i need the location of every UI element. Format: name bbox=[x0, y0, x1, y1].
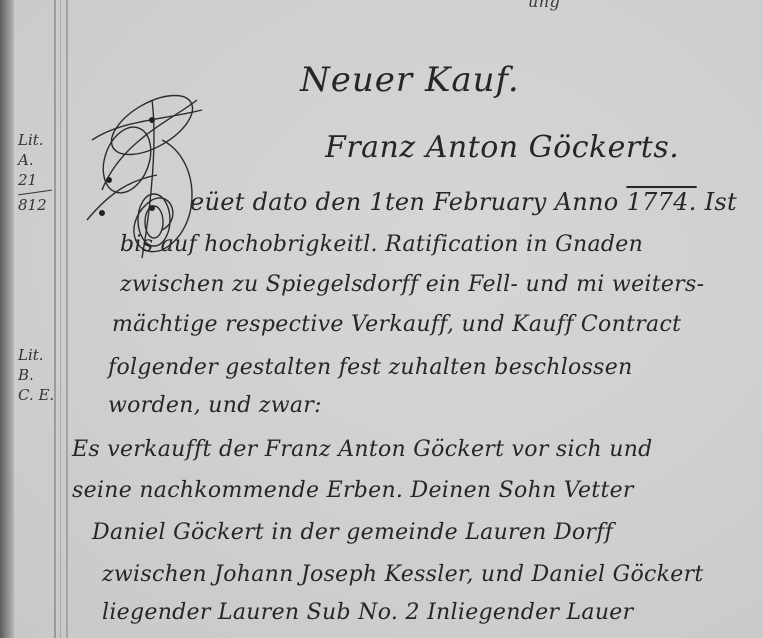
body-line: liegender Lauren Sub No. 2 Inliegender L… bbox=[102, 600, 633, 625]
body-line: zwischen Johann Joseph Kessler, und Dani… bbox=[102, 562, 704, 587]
body-line: seine nachkommende Erben. Deinen Sohn Ve… bbox=[72, 478, 634, 503]
page-subtitle: Franz Anton Göckerts. bbox=[325, 130, 679, 165]
margin-rule bbox=[60, 0, 61, 638]
body-line: zwischen zu Spiegelsdorff ein Fell- und … bbox=[120, 272, 704, 297]
page-title: Neuer Kauf. bbox=[300, 60, 520, 100]
body-line: mächtige respective Verkauff, und Kauff … bbox=[112, 312, 681, 337]
margin-rule bbox=[66, 0, 68, 638]
top-page-mark: ung bbox=[528, 0, 560, 11]
margin-note-line: 21 bbox=[18, 170, 52, 190]
body-line: eüet dato den 1ten February Anno 1774. I… bbox=[190, 188, 737, 216]
margin-note-line: Lit. bbox=[18, 345, 54, 365]
manuscript-page: ung Neuer Kauf. Franz Anton Göckerts. Li… bbox=[0, 0, 763, 638]
margin-note-line: A. bbox=[18, 150, 52, 170]
body-line: worden, und zwar: bbox=[108, 393, 322, 418]
body-line: folgender gestalten fest zuhalten beschl… bbox=[108, 355, 633, 380]
body-line: Es verkaufft der Franz Anton Göckert vor… bbox=[72, 437, 653, 462]
margin-note-line: 812 bbox=[18, 195, 52, 215]
margin-note-line: Lit. bbox=[18, 130, 52, 150]
year-value: 1774. bbox=[626, 188, 696, 216]
body-line-tail: Ist bbox=[705, 188, 737, 216]
margin-rule bbox=[54, 0, 56, 638]
margin-note-reference: Lit. A. 21 812 bbox=[18, 130, 52, 215]
body-line-text: eüet dato den 1ten February Anno bbox=[190, 188, 619, 216]
margin-note-line: B. bbox=[18, 365, 54, 385]
body-line: bis auf hochobrigkeitl. Ratification in … bbox=[120, 232, 643, 257]
body-line: Daniel Göckert in der gemeinde Lauren Do… bbox=[92, 520, 613, 545]
margin-note-line: C. E. bbox=[18, 385, 54, 405]
margin-note-reference: Lit. B. C. E. bbox=[18, 345, 54, 405]
book-binding-gutter bbox=[0, 0, 14, 638]
